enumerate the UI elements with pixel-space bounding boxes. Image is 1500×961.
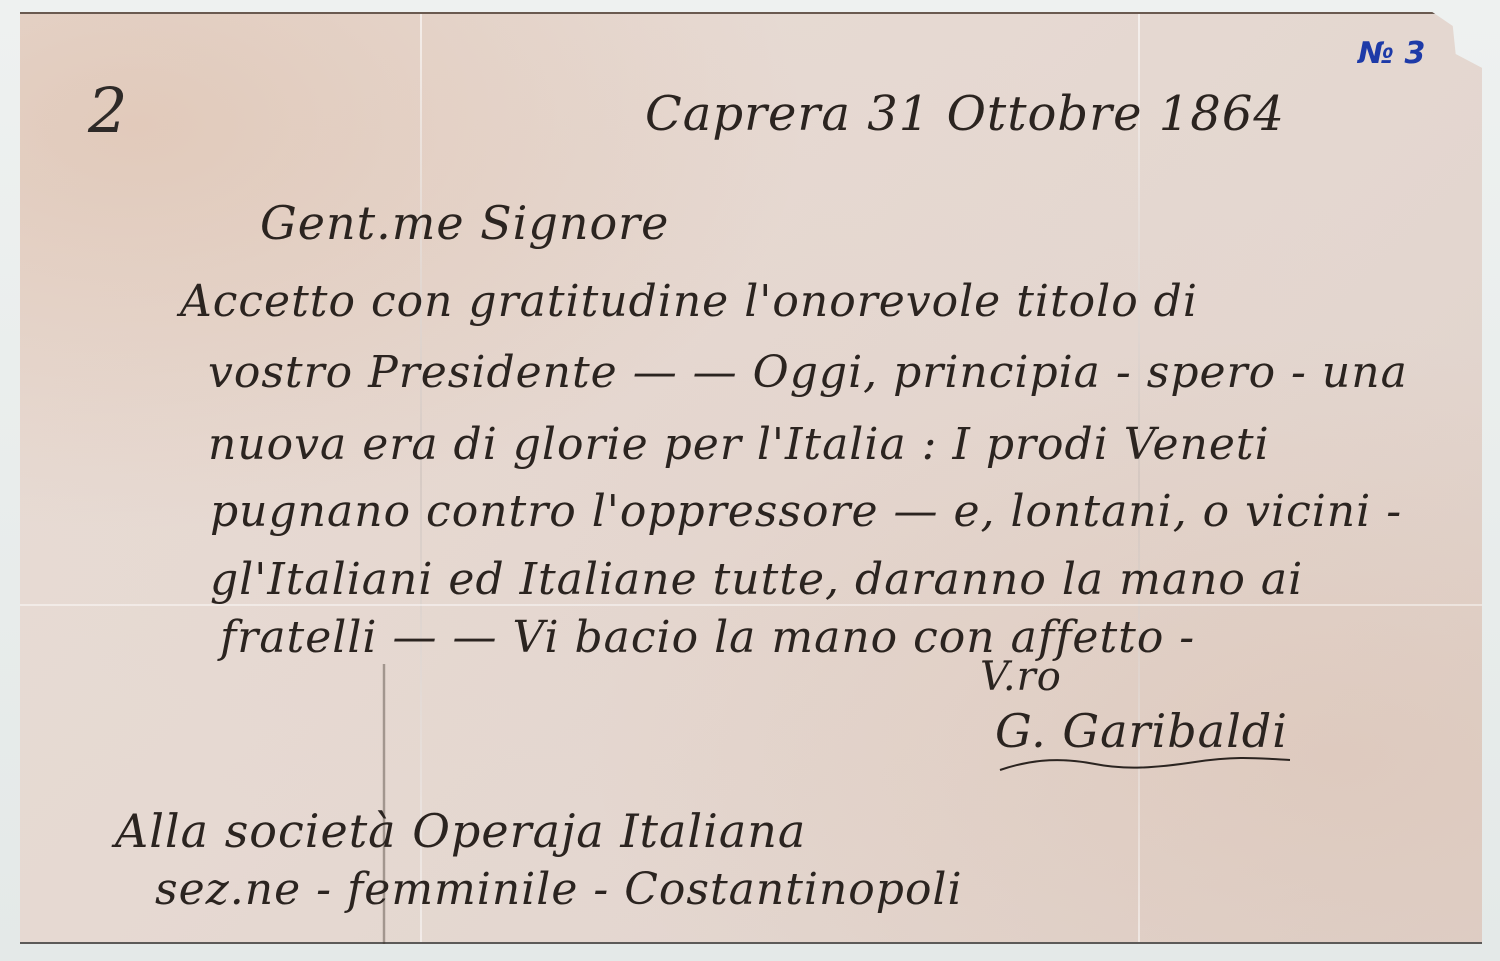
body-line: pugnano contro l'oppressore — e, lontani… xyxy=(210,486,1402,537)
catalog-number-stamp: № 3 xyxy=(1358,36,1425,71)
paper-fold-vertical xyxy=(420,14,422,942)
closing: V.ro xyxy=(980,654,1062,700)
body-line: nuova era di glorie per l'Italia : I pro… xyxy=(208,419,1270,470)
salutation: Gent.me Signore xyxy=(260,196,669,250)
signature: G. Garibaldi xyxy=(995,704,1288,758)
address-line-1: Alla società Operaja Italiana xyxy=(115,804,806,858)
archive-number: 2 xyxy=(88,74,127,147)
paper-fold-vertical xyxy=(1138,14,1140,942)
place-date: Caprera 31 Ottobre 1864 xyxy=(645,86,1285,142)
body-line: vostro Presidente — — Oggi, principia - … xyxy=(208,347,1408,398)
address-line-2: sez.ne - femminile - Costantinopoli xyxy=(155,864,963,915)
signature-flourish xyxy=(995,754,1295,774)
body-line: Accetto con gratitudine l'onorevole tito… xyxy=(180,276,1198,327)
letter-paper: 2 № 3 Caprera 31 Ottobre 1864 Gent.me Si… xyxy=(20,12,1482,944)
body-line: gl'Italiani ed Italiane tutte, daranno l… xyxy=(210,554,1303,605)
